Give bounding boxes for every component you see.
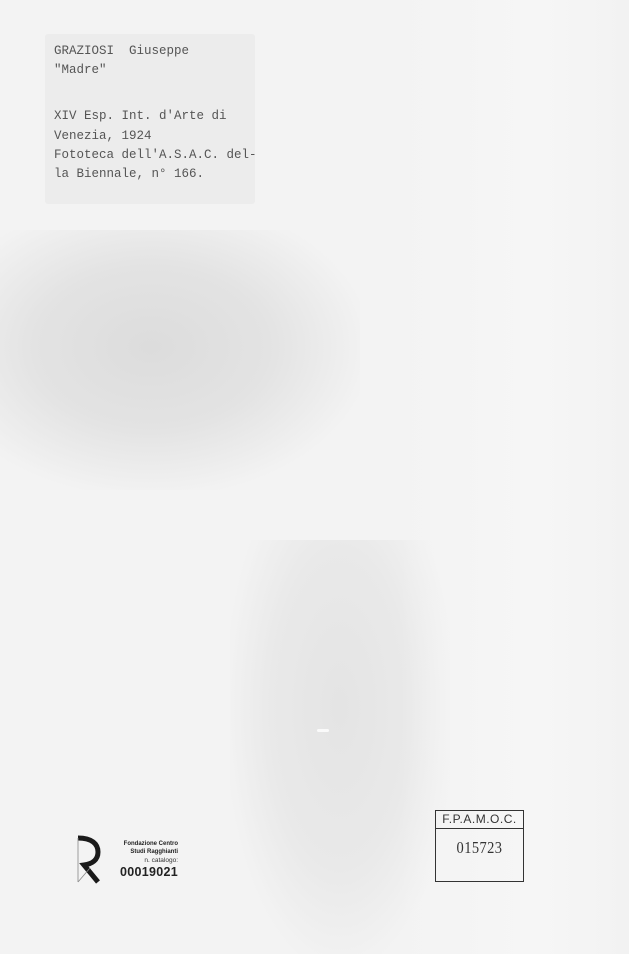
archive-line: Fototeca dell'A.S.A.C. del- (54, 146, 257, 165)
fpamoc-header: F.P.A.M.O.C. (436, 811, 523, 829)
r-logo-icon (74, 834, 102, 884)
catalog-label: n. catalogo: (110, 856, 178, 865)
catalog-number: 00019021 (110, 865, 178, 880)
artist-name: GRAZIOSI Giuseppe (54, 42, 189, 61)
artwork-title: "Madre" (54, 61, 107, 80)
photo-shadow (0, 230, 360, 490)
exhibition-line: XIV Esp. Int. d'Arte di (54, 107, 227, 126)
typed-label: GRAZIOSI Giuseppe "Madre" XIV Esp. Int. … (45, 34, 255, 204)
fpamoc-number: 015723 (443, 829, 517, 863)
org-name-line2: Studi Ragghianti (110, 848, 178, 856)
exhibition-place-year: Venezia, 1924 (54, 127, 152, 146)
archive-number-line: la Biennale, n° 166. (54, 165, 204, 184)
ragghianti-catalog-stamp: Fondazione Centro Studi Ragghianti n. ca… (70, 828, 180, 888)
speck (317, 729, 329, 732)
fpamoc-stamp: F.P.A.M.O.C. 015723 (435, 810, 524, 882)
org-name-line1: Fondazione Centro (110, 840, 178, 848)
